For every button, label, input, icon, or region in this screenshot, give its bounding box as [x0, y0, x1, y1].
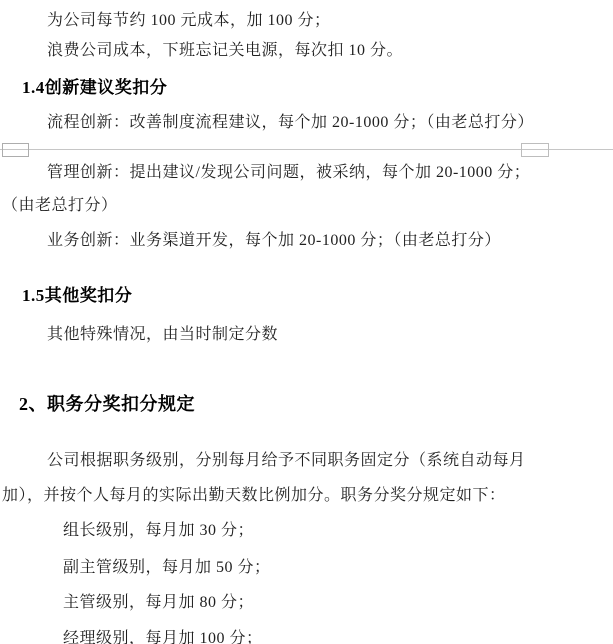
paragraph-line: （由老总打分）: [2, 196, 118, 216]
list-item: 组长级别，每月加 30 分；: [63, 521, 254, 541]
paragraph-line: 业务创新：业务渠道开发，每个加 20-1000 分；（由老总打分）: [47, 231, 501, 251]
list-item: 经理级别，每月加 100 分；: [63, 629, 263, 644]
list-item: 副主管级别，每月加 50 分；: [63, 558, 271, 578]
page-break-right-handle: [521, 143, 549, 157]
paragraph-line: 其他特殊情况，由当时制定分数: [47, 325, 278, 345]
page-break-left-handle: [2, 143, 29, 157]
paragraph-line: 管理创新：提出建议/发现公司问题，被采纳，每个加 20-1000 分；: [47, 163, 530, 183]
paragraph-line: 浪费公司成本，下班忘记关电源，每次扣 10 分。: [47, 41, 403, 61]
paragraph-line: 流程创新：改善制度流程建议，每个加 20-1000 分；（由老总打分）: [47, 113, 534, 133]
heading-2: 2、职务分奖扣分规定: [19, 394, 195, 414]
heading-1-5: 1.5其他奖扣分: [22, 286, 132, 306]
heading-1-4: 1.4创新建议奖扣分: [22, 78, 167, 98]
paragraph-line: 加），并按个人每月的实际出勤天数比例加分。职务分奖分规定如下：: [2, 486, 506, 506]
list-item: 主管级别，每月加 80 分；: [63, 593, 254, 613]
paragraph-line: 公司根据职务级别，分别每月给予不同职务固定分（系统自动每月: [47, 451, 526, 471]
document-page: 为公司每节约 100 元成本，加 100 分； 浪费公司成本，下班忘记关电源，每…: [0, 0, 613, 644]
paragraph-line: 为公司每节约 100 元成本，加 100 分；: [47, 11, 331, 31]
